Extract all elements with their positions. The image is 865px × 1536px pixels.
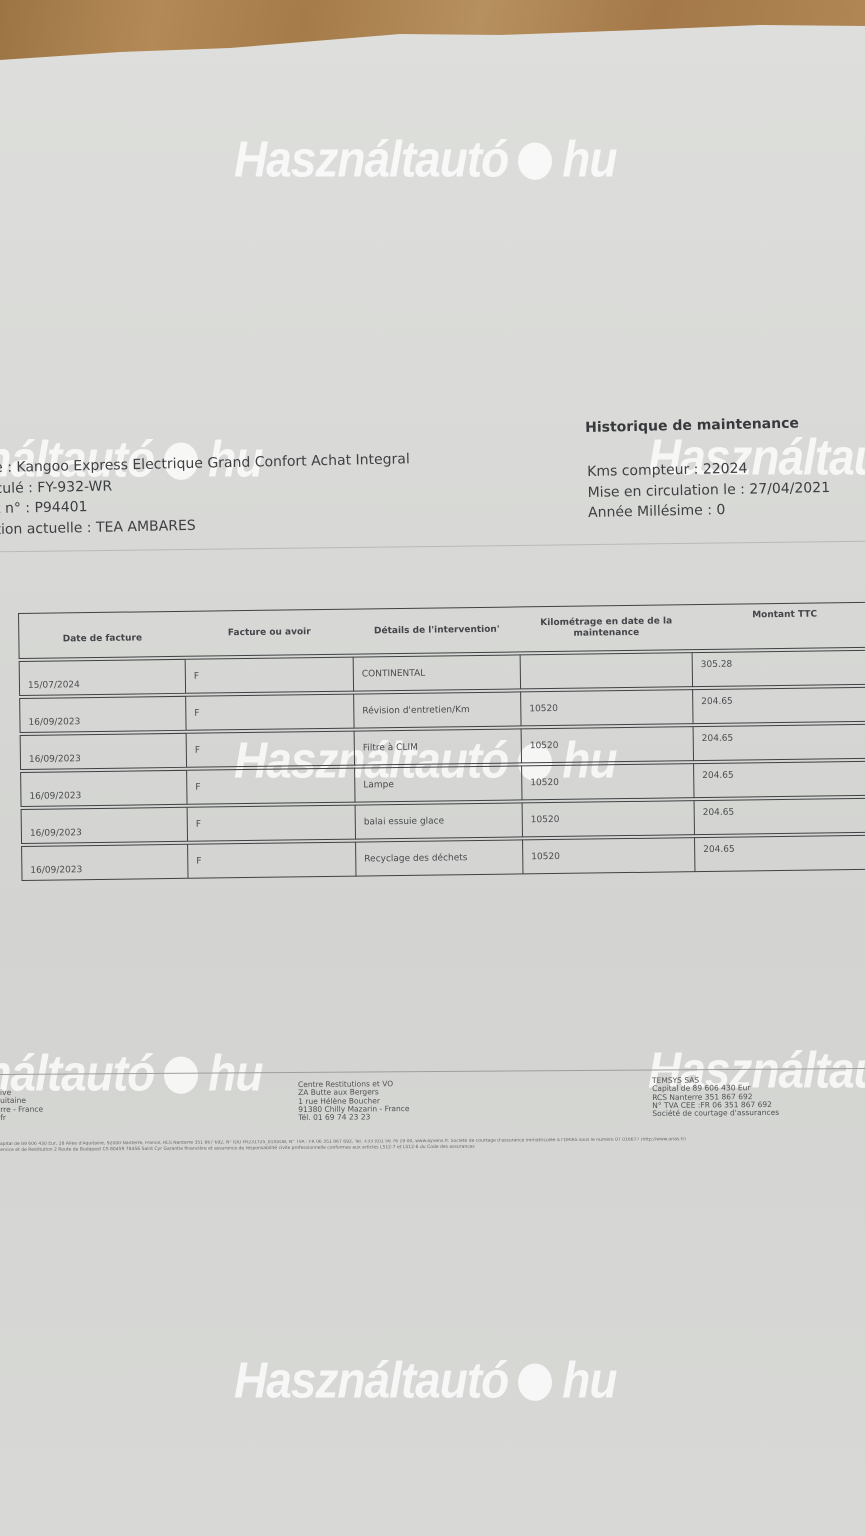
watermark-suffix: hu [562, 1351, 616, 1408]
watermark-text: Használtautó [234, 130, 508, 187]
header-intervention-details: Détails de l'intervention' [353, 606, 521, 654]
footer-left-address: ive uitaine rre - France fr [0, 1089, 43, 1123]
cell-km: 10520 [522, 726, 694, 763]
cell-km [521, 652, 693, 689]
watermark-top: Használtautóhu [234, 129, 616, 188]
footer-line: rre - France [0, 1105, 43, 1114]
model-year: Année Millésime : 0 [588, 498, 831, 524]
footer-right-company: TEMSYS SAS Capital de 89 606 430 Eur RCS… [652, 1076, 779, 1119]
cell-date: 16/09/2023 [19, 696, 186, 733]
cell-type: F [186, 657, 354, 694]
cell-km: 10520 [521, 689, 693, 726]
header-invoice-or-credit: Facture ou avoir [185, 609, 354, 657]
watermark-bottom: Használtautóhu [234, 1350, 616, 1409]
cell-details: Lampe [355, 765, 522, 802]
table-header-row: Date de facture Facture ou avoir Détails… [18, 602, 865, 659]
header-amount: Montant TTC [692, 602, 865, 650]
footer-line: Société de courtage d'assurances [652, 1109, 779, 1118]
cell-details: Révision d'entretien/Km [354, 691, 521, 728]
cell-date: 16/09/2023 [21, 807, 188, 844]
separator-line [0, 541, 865, 553]
cell-amount: 204.65 [695, 798, 865, 835]
cell-type: F [188, 842, 356, 879]
cell-details: Recyclage des déchets [356, 839, 523, 876]
header-mileage: Kilométrage en date de la maintenance [520, 604, 693, 652]
cell-details: Filtre à CLIM [355, 728, 522, 765]
header-invoice-date: Date de facture [18, 611, 186, 659]
footer-line: fr [0, 1114, 43, 1123]
cell-km: 10520 [522, 763, 694, 800]
cell-type: F [186, 694, 354, 731]
mileage-info: Kms compteur : 22024 Mise en circulation… [587, 457, 831, 524]
cell-date: 16/09/2023 [21, 844, 188, 881]
cell-amount: 204.65 [694, 724, 865, 761]
footer-center-address: Centre Restitutions et VO ZA Butte aux B… [298, 1080, 410, 1122]
cell-date: 16/09/2023 [20, 770, 187, 807]
footer-line: Tél. 01 69 74 23 23 [298, 1113, 409, 1122]
cell-type: F [187, 768, 355, 805]
cell-amount: 204.65 [695, 835, 865, 872]
cell-details: CONTINENTAL [354, 654, 521, 691]
vehicle-info: e : Kangoo Express Electrique Grand Conf… [0, 449, 411, 540]
watermark-text: Használtautó [234, 1351, 508, 1408]
cell-amount: 204.65 [693, 687, 865, 724]
cell-details: balai essuie glace [356, 802, 523, 839]
cell-amount: 204.65 [694, 761, 865, 798]
cell-date: 15/07/2024 [19, 659, 186, 696]
watermark-dot-icon [518, 1364, 552, 1401]
watermark-dot-icon [164, 1057, 198, 1094]
watermark-dot-icon [518, 143, 552, 180]
watermark-suffix: hu [562, 130, 616, 187]
cell-type: F [187, 731, 355, 768]
legal-notice: apital de 89 606 430 Eur, 28 Allée d'Aqu… [0, 1136, 865, 1154]
cell-km: 10520 [523, 837, 695, 874]
maintenance-table: Date de facture Facture ou avoir Détails… [18, 600, 865, 883]
cell-type: F [188, 805, 356, 842]
document-page: Használtautóhu Használtautóhu Használtau… [0, 0, 865, 1536]
cell-date: 16/09/2023 [20, 733, 187, 770]
cell-amount: 305.28 [693, 650, 865, 687]
cell-km: 10520 [523, 800, 695, 837]
